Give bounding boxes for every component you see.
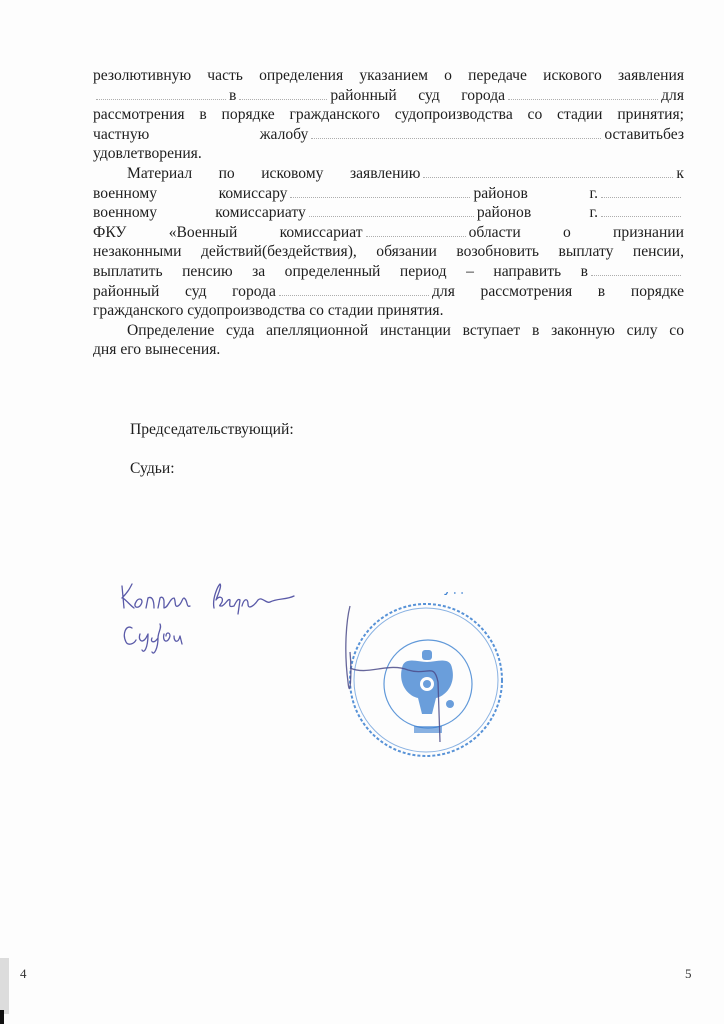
- redacted-segment: [290, 195, 470, 198]
- text-fragment: Материал по исковому заявлению: [127, 165, 420, 182]
- page-number-left: 4: [20, 966, 27, 982]
- redacted-segment: [366, 234, 466, 237]
- document-page: резолютивную часть определения указанием…: [0, 0, 724, 1024]
- eagle-emblem-icon: [401, 650, 454, 714]
- text-fragment: без: [663, 126, 684, 143]
- scan-edge-strip: [0, 958, 9, 1014]
- paragraph-material: Материал по исковому заявлениюк военному…: [93, 164, 684, 321]
- text-fragment: районов г.: [477, 204, 598, 221]
- court-stamp: Районный суд г.: [338, 592, 508, 762]
- text-line: гражданского судопроизводства со стадии …: [93, 301, 684, 321]
- text-line: ФКУ «Военный комиссариатобласти о призна…: [93, 223, 684, 243]
- redacted-segment: [508, 97, 658, 100]
- text-fragment: частную жалобу: [93, 126, 308, 143]
- text-line: выплатить пенсию за определенный период …: [93, 262, 684, 282]
- text-line: районный суд городадля рассмотрения в по…: [93, 282, 684, 302]
- text-fragment: для: [661, 87, 684, 104]
- redacted-segment: [309, 214, 474, 217]
- paragraph-effective: Определение суда апелляционной инстанции…: [93, 321, 684, 360]
- redacted-segment: [96, 97, 226, 100]
- text-line: незаконными действий(бездействия), обяза…: [93, 242, 684, 262]
- text-fragment: в: [229, 87, 236, 104]
- text-fragment: выплатить пенсию за определенный период …: [93, 263, 588, 280]
- text-line: военному комиссарурайонов г.: [93, 184, 684, 204]
- redacted-segment: [239, 97, 327, 100]
- presiding-judge-label: Председательствующий:: [130, 421, 294, 439]
- text-line: Определение суда апелляционной инстанции…: [93, 321, 684, 341]
- text-fragment: ФКУ «Военный комиссариат: [93, 224, 363, 241]
- text-line: врайонный суд городадля: [93, 86, 684, 106]
- paragraph-resolution: резолютивную часть определения указанием…: [93, 66, 684, 164]
- text-line: военному комиссариатурайонов г.: [93, 203, 684, 223]
- text-line: Материал по исковому заявлениюк: [93, 164, 684, 184]
- document-body: резолютивную часть определения указанием…: [93, 66, 684, 360]
- redacted-segment: [601, 195, 681, 198]
- redacted-segment: [423, 175, 673, 178]
- redacted-segment: [591, 273, 681, 276]
- text-line: дня его вынесения.: [93, 340, 684, 360]
- text-fragment: районный суд города: [330, 87, 505, 104]
- redacted-segment: [601, 214, 681, 217]
- page-number-right: 5: [685, 966, 692, 982]
- judges-label: Судьи:: [130, 460, 175, 478]
- redacted-segment: [311, 136, 601, 139]
- text-fragment: к: [676, 165, 684, 182]
- handwritten-certification: [118, 578, 298, 658]
- text-line: удовлетворения.: [93, 144, 684, 164]
- text-line: рассмотрения в порядке гражданского судо…: [93, 105, 684, 125]
- scan-edge-mark: [0, 1010, 4, 1024]
- text-fragment: районов г.: [473, 185, 598, 202]
- text-fragment: районный суд города: [93, 283, 276, 300]
- redacted-segment: [279, 293, 429, 296]
- text-fragment: военному комиссариату: [93, 204, 306, 221]
- text-fragment: области о признании: [469, 224, 684, 241]
- text-line: резолютивную часть определения указанием…: [93, 66, 684, 86]
- text-fragment: оставить: [604, 126, 663, 143]
- text-fragment: для рассмотрения в порядке: [432, 283, 684, 300]
- text-fragment: военному комиссару: [93, 185, 287, 202]
- svg-text:Районный суд г.: Районный суд г.: [338, 592, 488, 596]
- text-line: частную жалобуоставитьбез: [93, 125, 684, 145]
